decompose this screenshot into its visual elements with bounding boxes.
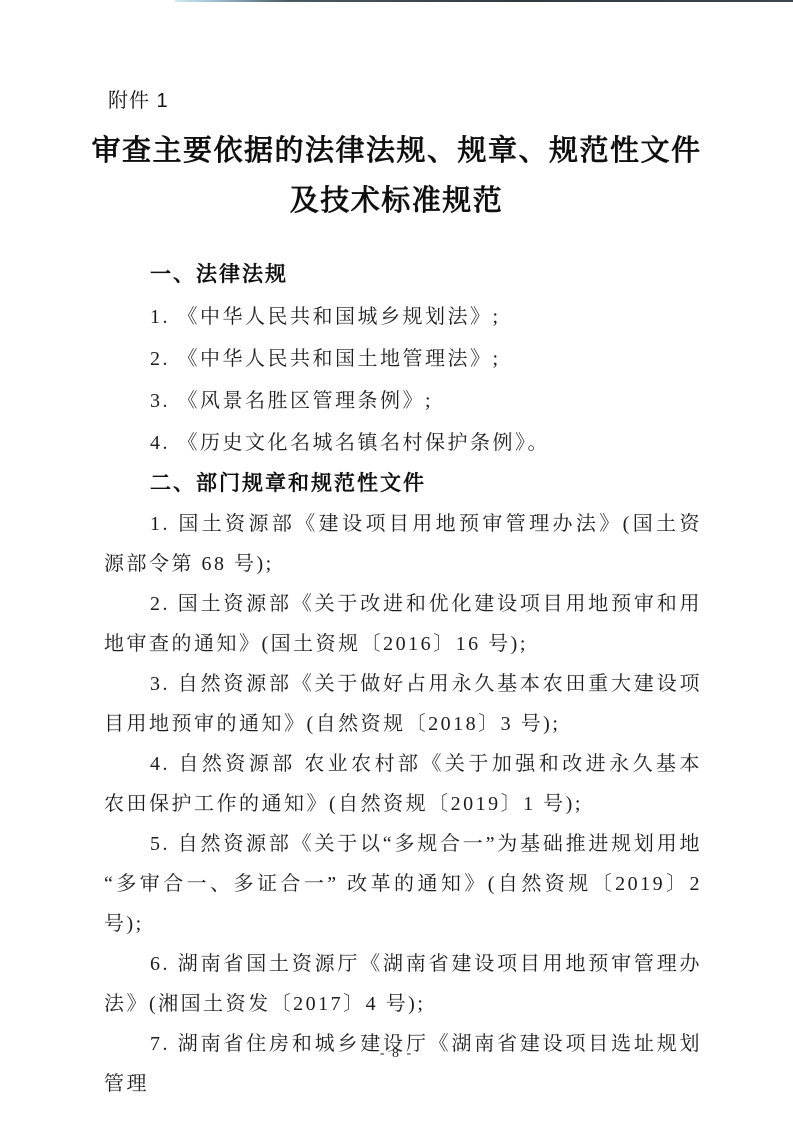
document-page: 附件 1 审查主要依据的法律法规、规章、规范性文件 及技术标准规范 一、法律法规…: [0, 0, 793, 1122]
list-item: 4. 《历史文化名城名镇名村保护条例》。: [104, 422, 702, 464]
document-title-line-2: 及技术标准规范: [0, 176, 793, 226]
section-laws-heading: 一、法律法规: [104, 254, 702, 296]
list-item: 3. 《风景名胜区管理条例》;: [104, 380, 702, 422]
list-item: 1. 国土资源部《建设项目用地预审管理办法》(国土资源部令第 68 号);: [104, 504, 702, 584]
list-item: 4. 自然资源部 农业农村部《关于加强和改进永久基本农田保护工作的通知》(自然资…: [104, 744, 702, 824]
document-title: 审查主要依据的法律法规、规章、规范性文件 及技术标准规范: [0, 126, 793, 226]
section-regulations: 二、部门规章和规范性文件 1. 国土资源部《建设项目用地预审管理办法》(国土资源…: [104, 464, 702, 1104]
list-item: 2. 《中华人民共和国土地管理法》;: [104, 338, 702, 380]
list-item: 1. 《中华人民共和国城乡规划法》;: [104, 296, 702, 338]
list-item: 3. 自然资源部《关于做好占用永久基本农田重大建设项目用地预审的通知》(自然资规…: [104, 664, 702, 744]
section-laws: 一、法律法规 1. 《中华人民共和国城乡规划法》; 2. 《中华人民共和国土地管…: [104, 254, 702, 464]
list-item: 5. 自然资源部《关于以“多规合一”为基础推进规划用地“多审合一、多证合一” 改…: [104, 824, 702, 944]
list-item: 2. 国土资源部《关于改进和优化建设项目用地预审和用地审查的通知》(国土资规〔2…: [104, 584, 702, 664]
section-regulations-heading: 二、部门规章和规范性文件: [104, 464, 702, 504]
list-item: 6. 湖南省国土资源厅《湖南省建设项目用地预审管理办法》(湘国土资发〔2017〕…: [104, 944, 702, 1024]
list-item: 7. 湖南省住房和城乡建设厅《湖南省建设项目选址规划管理: [104, 1024, 702, 1104]
document-body: 一、法律法规 1. 《中华人民共和国城乡规划法》; 2. 《中华人民共和国土地管…: [104, 254, 702, 1104]
document-title-line-1: 审查主要依据的法律法规、规章、规范性文件: [0, 126, 793, 176]
attachment-label: 附件 1: [108, 84, 169, 113]
page-number: - 8 -: [0, 1046, 793, 1062]
scan-edge-artifact: [175, 0, 793, 2]
